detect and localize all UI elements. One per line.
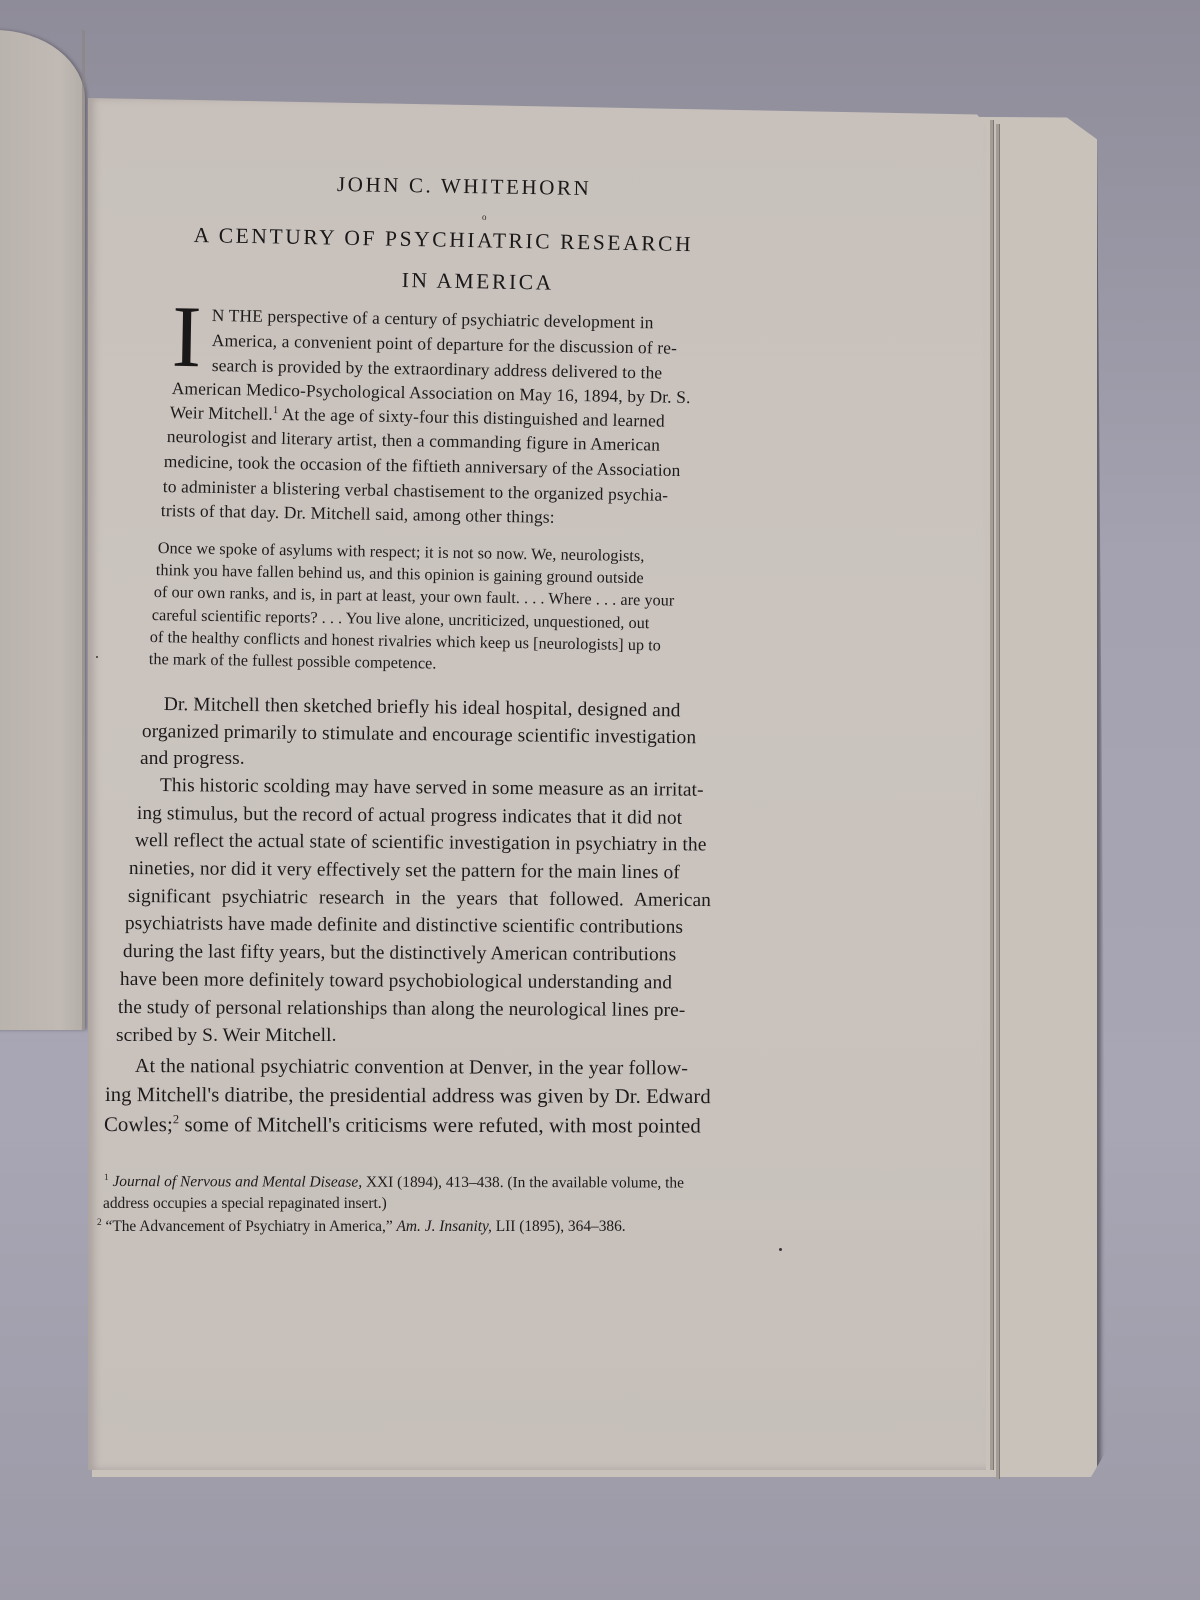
article-title-line-1: A CENTURY OF PSYCHIATRIC RESEARCH (194, 223, 694, 257)
body-line: well reflect the actual state of scienti… (135, 830, 707, 856)
body-line: scribed by S. Weir Mitchell. (116, 1025, 337, 1047)
body-line: At the national psychiatric convention a… (135, 1055, 688, 1080)
body-line: organized primarily to stimulate and enc… (142, 721, 697, 749)
body-line: and progress. (140, 748, 245, 770)
body-line: Dr. Mitchell then sketched briefly his i… (164, 694, 681, 722)
body-line: Cowles;2 some of Mitchell's criticisms w… (104, 1113, 701, 1139)
ink-speck (96, 656, 98, 658)
body-line: ing Mitchell's diatribe, the presidentia… (105, 1084, 711, 1109)
drop-cap: I (171, 294, 202, 382)
body-line: during the last fifty years, but the dis… (123, 941, 676, 966)
body-line: nineties, nor did it very effectively se… (129, 858, 680, 884)
body-line: trists of that day. Dr. Mitchell said, a… (161, 500, 555, 528)
body-line: the study of personal relationships than… (118, 997, 686, 1022)
footnote-1: 1 Journal of Nervous and Mental Disease,… (104, 1173, 684, 1193)
ink-speck (779, 1248, 782, 1251)
body-line: have been more definitely toward psychob… (120, 969, 672, 994)
ornament-icon: o (482, 212, 487, 222)
body-line: America, a convenient point of departure… (212, 330, 678, 359)
page-content: JOHN C. WHITEHORN o A CENTURY OF PSYCHIA… (0, 0, 1200, 1600)
body-line: This historic scolding may have served i… (160, 775, 704, 802)
footnote-2: 2 “The Advancement of Psychiatry in Amer… (97, 1218, 626, 1236)
body-line: ing stimulus, but the record of actual p… (137, 803, 682, 830)
article-title-line-2: IN AMERICA (402, 268, 554, 296)
author-name: JOHN C. WHITEHORN (337, 172, 592, 201)
quote-line: the mark of the fullest possible compete… (149, 650, 437, 674)
footnote-1-continued: address occupies a special repaginated i… (103, 1195, 387, 1213)
body-line: N THE perspective of a century of psychi… (212, 305, 654, 333)
footnote-ref-2[interactable]: 2 (173, 1112, 179, 1126)
body-line: significant psychiatric research in the … (128, 886, 711, 912)
footnote-ref-1[interactable]: 1 (273, 405, 279, 416)
body-line: psychiatrists have made definite and dis… (125, 913, 683, 939)
body-line: neurologist and literary artist, then a … (167, 426, 661, 456)
